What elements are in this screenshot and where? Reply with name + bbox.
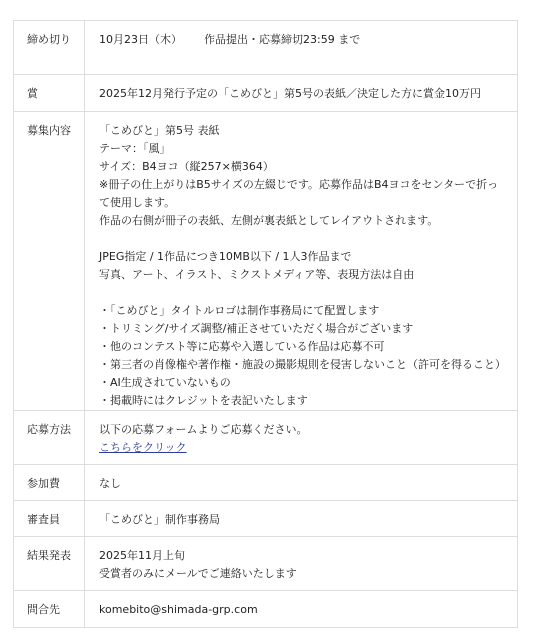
note-line: ・「こめびと」タイトルロゴは制作事務局にて配置します — [99, 302, 507, 320]
value-deadline: 10月23日（木）作品提出・応募締切23:59 まで — [85, 21, 518, 75]
label-deadline: 締め切り — [14, 21, 85, 75]
label-contact: 問合先 — [14, 591, 85, 628]
row-results: 結果発表 2025年11月上旬 受賞者のみにメールでご連絡いたします — [14, 537, 518, 591]
note-line: ・第三者の肖像権や著作権・施設の撮影規則を侵害しないこと（許可を得ること） — [99, 356, 507, 374]
value-prize: 2025年12月発行予定の「こめびと」第5号の表紙／決定した方に賞金10万円 — [85, 75, 518, 112]
contest-info-table: 締め切り 10月23日（木）作品提出・応募締切23:59 まで 賞 2025年1… — [13, 20, 518, 628]
req-line: ※冊子の仕上がりはB5サイズの左綴じです。応募作品はB4ヨコをセンターで折って使… — [99, 176, 507, 212]
value-contact: komebito@shimada-grp.com — [85, 591, 518, 628]
value-how-to-apply: 以下の応募フォームよりご応募ください。 こちらをクリック — [85, 411, 518, 465]
apply-text: 以下の応募フォームよりご応募ください。 — [99, 421, 507, 439]
row-judges: 審査員 「こめびと」制作事務局 — [14, 501, 518, 537]
value-results: 2025年11月上旬 受賞者のみにメールでご連絡いたします — [85, 537, 518, 591]
label-prize: 賞 — [14, 75, 85, 112]
row-how-to-apply: 応募方法 以下の応募フォームよりご応募ください。 こちらをクリック — [14, 411, 518, 465]
format-line: 写真、アート、イラスト、ミクストメディア等、表現方法は自由 — [99, 266, 507, 284]
label-judges: 審査員 — [14, 501, 85, 537]
results-line: 2025年11月上旬 — [99, 547, 507, 565]
req-line: 「こめびと」第5号 表紙 — [99, 122, 507, 140]
note-line: ・トリミング/サイズ調整/補正させていただく場合がございます — [99, 320, 507, 338]
note-line: ・掲載時にはクレジットを表記いたします — [99, 392, 507, 410]
note-line: ・AI生成されていないもの — [99, 374, 507, 392]
row-contact: 問合先 komebito@shimada-grp.com — [14, 591, 518, 628]
format-line: JPEG指定 / 1作品につき10MB以下 / 1人3作品まで — [99, 248, 507, 266]
row-fee: 参加費 なし — [14, 465, 518, 501]
row-requirements: 募集内容 「こめびと」第5号 表紙 テーマ：「風」 サイズ：B4ヨコ（縦257×… — [14, 112, 518, 411]
value-requirements: 「こめびと」第5号 表紙 テーマ：「風」 サイズ：B4ヨコ（縦257×横364）… — [85, 112, 518, 411]
apply-form-link[interactable]: こちらをクリック — [99, 441, 187, 454]
note-line: ・他のコンテスト等に応募や入選している作品は応募不可 — [99, 338, 507, 356]
results-line: 受賞者のみにメールでご連絡いたします — [99, 565, 507, 583]
deadline-date: 10月23日（木） — [99, 33, 182, 46]
label-requirements: 募集内容 — [14, 112, 85, 411]
req-line: サイズ：B4ヨコ（縦257×横364） — [99, 158, 507, 176]
row-deadline: 締め切り 10月23日（木）作品提出・応募締切23:59 まで — [14, 21, 518, 75]
label-fee: 参加費 — [14, 465, 85, 501]
req-line: テーマ：「風」 — [99, 140, 507, 158]
value-fee: なし — [85, 465, 518, 501]
req-line: 作品の右側が冊子の表紙、左側が裏表紙としてレイアウトされます。 — [99, 212, 507, 230]
label-how-to-apply: 応募方法 — [14, 411, 85, 465]
row-prize: 賞 2025年12月発行予定の「こめびと」第5号の表紙／決定した方に賞金10万円 — [14, 75, 518, 112]
deadline-detail: 作品提出・応募締切23:59 まで — [204, 33, 360, 46]
value-judges: 「こめびと」制作事務局 — [85, 501, 518, 537]
label-results: 結果発表 — [14, 537, 85, 591]
